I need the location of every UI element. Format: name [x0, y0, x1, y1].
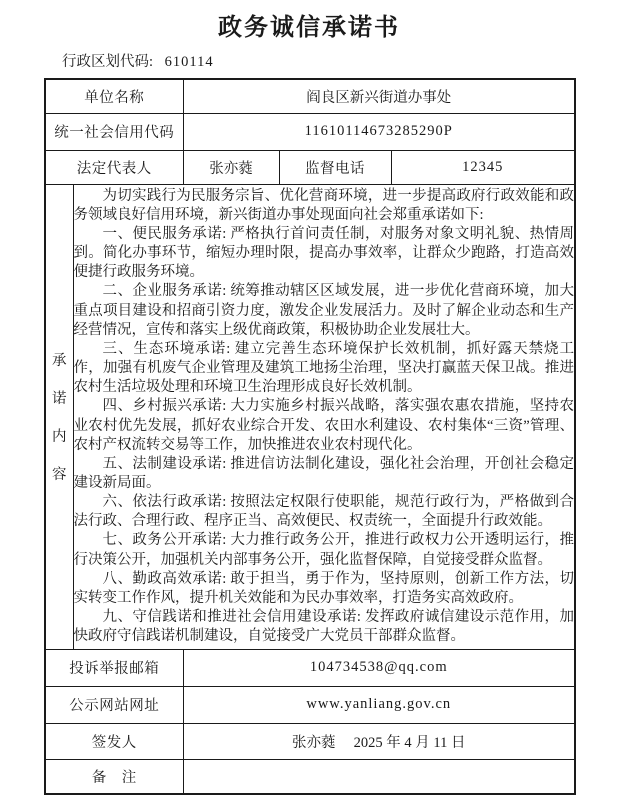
page-title: 政务诚信承诺书 — [0, 0, 618, 43]
content-paragraph: 二、企业服务承诺: 统筹推动辖区区域发展，进一步优化营商环境，加大重点项目建设和… — [74, 282, 575, 339]
content-paragraph: 七、政务公开承诺: 大力推行政务公开，推进行政权力公开透明运行，推行决策公开，加… — [74, 531, 575, 569]
content-paragraph: 六、依法行政承诺: 按照法定权限行使职能，规范行政行为，严格做到合法行政、合理行… — [74, 493, 575, 531]
phone-value: 12345 — [391, 150, 575, 184]
email-value: 104734538@qq.com — [183, 649, 575, 686]
commitment-content-text: 为切实践行为民服务宗旨、优化营商环境，进一步提高政府行政效能和政务领域良好信用环… — [73, 184, 575, 649]
table-row-email: 投诉举报邮箱 104734538@qq.com — [45, 649, 575, 686]
content-paragraph: 一、便民服务承诺: 严格执行首问责任制，对服务对象文明礼貌、热情周到。简化办事环… — [74, 225, 575, 282]
remark-label: 备 注 — [45, 759, 183, 794]
phone-label: 监督电话 — [279, 150, 391, 184]
content-paragraph: 四、乡村振兴承诺: 大力实施乡村振兴战略，落实强农惠农措施，坚持农业农村优先发展… — [74, 397, 575, 454]
table-row-credit-code: 统一社会信用代码 11610114673285290P — [45, 113, 575, 150]
remark-value — [183, 759, 575, 794]
content-label-cell: 承 诺 内 容 — [45, 184, 73, 649]
content-paragraph: 八、勤政高效承诺: 敢于担当，勇于作为，坚持原则，创新工作方法，切实转变工作作风… — [74, 570, 575, 608]
commitment-form-table: 单位名称 阎良区新兴街道办事处 统一社会信用代码 116101146732852… — [44, 78, 576, 795]
credit-code-value: 11610114673285290P — [183, 113, 575, 150]
table-row-legal-rep: 法定代表人 张亦蕤 监督电话 12345 — [45, 150, 575, 184]
email-label: 投诉举报邮箱 — [45, 649, 183, 686]
issuer-value: 张亦蕤 2025 年 4 月 11 日 — [183, 723, 575, 759]
content-label: 承 诺 内 容 — [46, 349, 73, 484]
admin-code-label: 行政区划代码: — [62, 54, 153, 70]
unit-name-label: 单位名称 — [45, 79, 183, 113]
table-row-remark: 备 注 — [45, 759, 575, 794]
content-label-char: 承 — [52, 349, 67, 370]
credit-code-label: 统一社会信用代码 — [45, 113, 183, 150]
legal-rep-value: 张亦蕤 — [183, 150, 279, 184]
table-row-commitment-content: 承 诺 内 容 为切实践行为民服务宗旨、优化营商环境，进一步提高政府行政效能和政… — [45, 184, 575, 649]
unit-name-value: 阎良区新兴街道办事处 — [183, 79, 575, 113]
content-paragraph: 九、守信践诺和推进社会信用建设承诺: 发挥政府诚信建设示范作用，加快政府守信践诺… — [74, 608, 575, 646]
issuer-label: 签发人 — [45, 723, 183, 759]
content-label-char: 诺 — [52, 387, 67, 408]
table-row-unit-name: 单位名称 阎良区新兴街道办事处 — [45, 79, 575, 113]
table-row-issuer: 签发人 张亦蕤 2025 年 4 月 11 日 — [45, 723, 575, 759]
website-value: www.yanliang.gov.cn — [183, 686, 575, 723]
content-label-char: 容 — [52, 463, 67, 484]
content-paragraph: 为切实践行为民服务宗旨、优化营商环境，进一步提高政府行政效能和政务领域良好信用环… — [74, 187, 575, 225]
content-label-char: 内 — [52, 425, 67, 446]
content-paragraph: 五、法制建设承诺: 推进信访法制化建设，强化社会治理，开创社会稳定建设新局面。 — [74, 455, 575, 493]
legal-rep-label: 法定代表人 — [45, 150, 183, 184]
website-label: 公示网站网址 — [45, 686, 183, 723]
admin-code-value: 610114 — [157, 54, 214, 70]
admin-code-line: 行政区划代码: 610114 — [62, 52, 618, 72]
table-row-website: 公示网站网址 www.yanliang.gov.cn — [45, 686, 575, 723]
content-paragraph: 三、生态环境承诺: 建立完善生态环境保护长效机制，抓好露天禁烧工作，加强有机废气… — [74, 340, 575, 397]
